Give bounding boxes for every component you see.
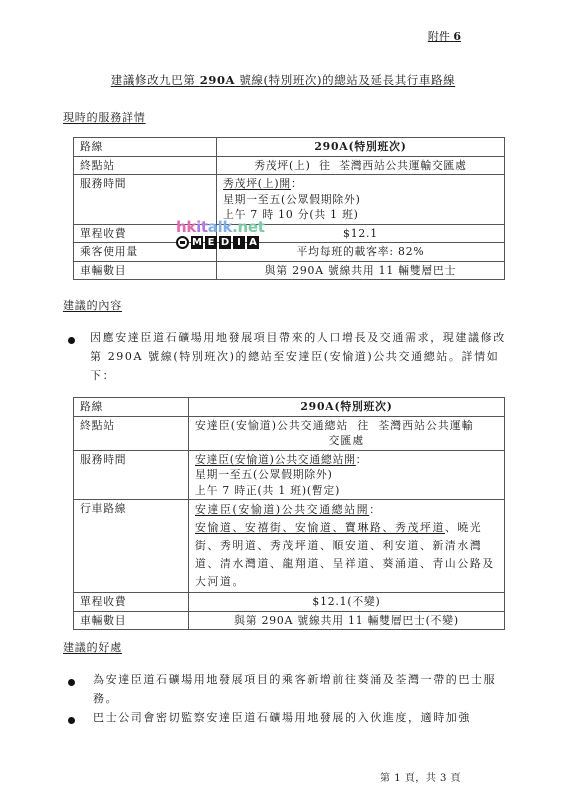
row-label: 終點站 [74,156,217,175]
bullet-icon [68,679,75,686]
departure-point: 安達臣(安愉道)公共交通總站開 [195,453,356,466]
proposal-heading: 建議的內容 [63,297,122,313]
routing-value: 安達臣(安愉道)公共交通總站開： 安愉道、安禧街、安愉道、寶琳路、秀茂坪道、曉光… [189,500,505,593]
colon: ： [291,177,303,190]
new-route-segment: 安愉道、安禧街、安愉道、寶琳路、秀茂坪道 [195,521,445,534]
row-label: 行車路線 [74,500,189,593]
table-row: 乘客使用量 平均每班的載客率: 82% [74,243,505,262]
table-row: 車輛數目 與第 290A 號線共用 11 輛雙層巴士(不變) [74,611,505,630]
departure-point: 安達臣(安愉道)公共交通總站開 [195,503,369,516]
annex-label: 附件 6 [428,28,461,44]
route-value: 290A(特別班次) [189,398,505,417]
service-time: 上午 7 時 10 分(共 1 班) [223,207,498,223]
page-number: 第 1 頁，共 3 頁 [380,769,461,784]
table-row: 車輛數目 與第 290A 號線共用 11 輛雙層巴士 [74,261,505,280]
row-label: 終點站 [74,416,189,450]
fare-value: $12.1(不變) [189,593,505,612]
title-route: 290A [200,73,235,87]
table-row: 服務時間 安達臣(安愉道)公共交通總站開： 星期一至五(公眾假期除外) 上午 7… [74,450,505,500]
annex-number: 6 [453,30,461,43]
terminus-line1: 安達臣(安愉道)公共交通總站 往 荃灣西站公共運輸 [195,418,498,434]
row-label: 乘客使用量 [74,243,217,262]
table-row: 路線 290A(特別班次) [74,138,505,157]
terminus-value: 安達臣(安愉道)公共交通總站 往 荃灣西站公共運輸 交匯處 [189,416,505,450]
table-row: 終點站 秀茂坪(上) 往 荃灣西站公共運輸交匯處 [74,156,505,175]
row-label: 單程收費 [74,224,217,243]
title-part2: 號線(特別班次)的總站及延長其行車路線 [235,73,455,87]
table-row: 行車路線 安達臣(安愉道)公共交通總站開： 安愉道、安禧街、安愉道、寶琳路、秀茂… [74,500,505,593]
colon: ： [369,503,382,516]
row-label: 服務時間 [74,175,217,225]
benefit-bullet-1: 為安達臣道石礦場用地發展項目的乘客新增前往葵涌及荃灣一帶的巴士服務。 [93,670,501,708]
departure-point: 秀茂坪(上)開 [223,177,291,190]
current-service-table: 路線 290A(特別班次) 終點站 秀茂坪(上) 往 荃灣西站公共運輸交匯處 服… [73,137,505,280]
table-row: 路線 290A(特別班次) [74,398,505,417]
fare-value: $12.1 [217,224,505,243]
colon: ： [356,453,368,466]
row-label: 單程收費 [74,593,189,612]
bullet-icon [68,717,75,724]
service-hours-value: 安達臣(安愉道)公共交通總站開： 星期一至五(公眾假期除外) 上午 7 時正(共… [189,450,505,500]
route-value: 290A(特別班次) [217,138,505,157]
proposal-table: 路線 290A(特別班次) 終點站 安達臣(安愉道)公共交通總站 往 荃灣西站公… [73,397,505,630]
service-days: 星期一至五(公眾假期除外) [223,192,498,208]
document-title: 建議修改九巴第 290A 號線(特別班次)的總站及延長其行車路線 [0,72,566,88]
annex-text: 附件 [428,30,450,43]
row-label: 車輛數目 [74,611,189,630]
bullet-icon [68,337,75,344]
row-label: 車輛數目 [74,261,217,280]
benefit-bullet-2: 巴士公司會密切監察安達臣道石礦場用地發展的入伙進度，適時加強 [93,708,513,727]
patronage-value: 平均每班的載客率: 82% [217,243,505,262]
service-time: 上午 7 時正(共 1 班)(暫定) [195,483,498,499]
proposal-bullet-text: 因應安達臣道石礦場用地發展項目帶來的人口增長及交通需求，現建議修改第 290A … [90,328,508,385]
fleet-value: 與第 290A 號線共用 11 輛雙層巴士(不變) [189,611,505,630]
title-part1: 建議修改九巴第 [111,73,200,87]
service-days: 星期一至五(公眾假期除外) [195,467,498,483]
table-row: 單程收費 $12.1(不變) [74,593,505,612]
table-row: 服務時間 秀茂坪(上)開： 星期一至五(公眾假期除外) 上午 7 時 10 分(… [74,175,505,225]
row-label: 服務時間 [74,450,189,500]
table-row: 終點站 安達臣(安愉道)公共交通總站 往 荃灣西站公共運輸 交匯處 [74,416,505,450]
row-label: 路線 [74,398,189,417]
fleet-value: 與第 290A 號線共用 11 輛雙層巴士 [217,261,505,280]
terminus-line2: 交匯處 [195,433,498,449]
row-label: 路線 [74,138,217,157]
table-row: 單程收費 $12.1 [74,224,505,243]
service-hours-value: 秀茂坪(上)開： 星期一至五(公眾假期除外) 上午 7 時 10 分(共 1 班… [217,175,505,225]
current-service-heading: 現時的服務詳情 [63,109,146,125]
benefits-heading: 建議的好處 [63,639,122,655]
terminus-value: 秀茂坪(上) 往 荃灣西站公共運輸交匯處 [217,156,505,175]
